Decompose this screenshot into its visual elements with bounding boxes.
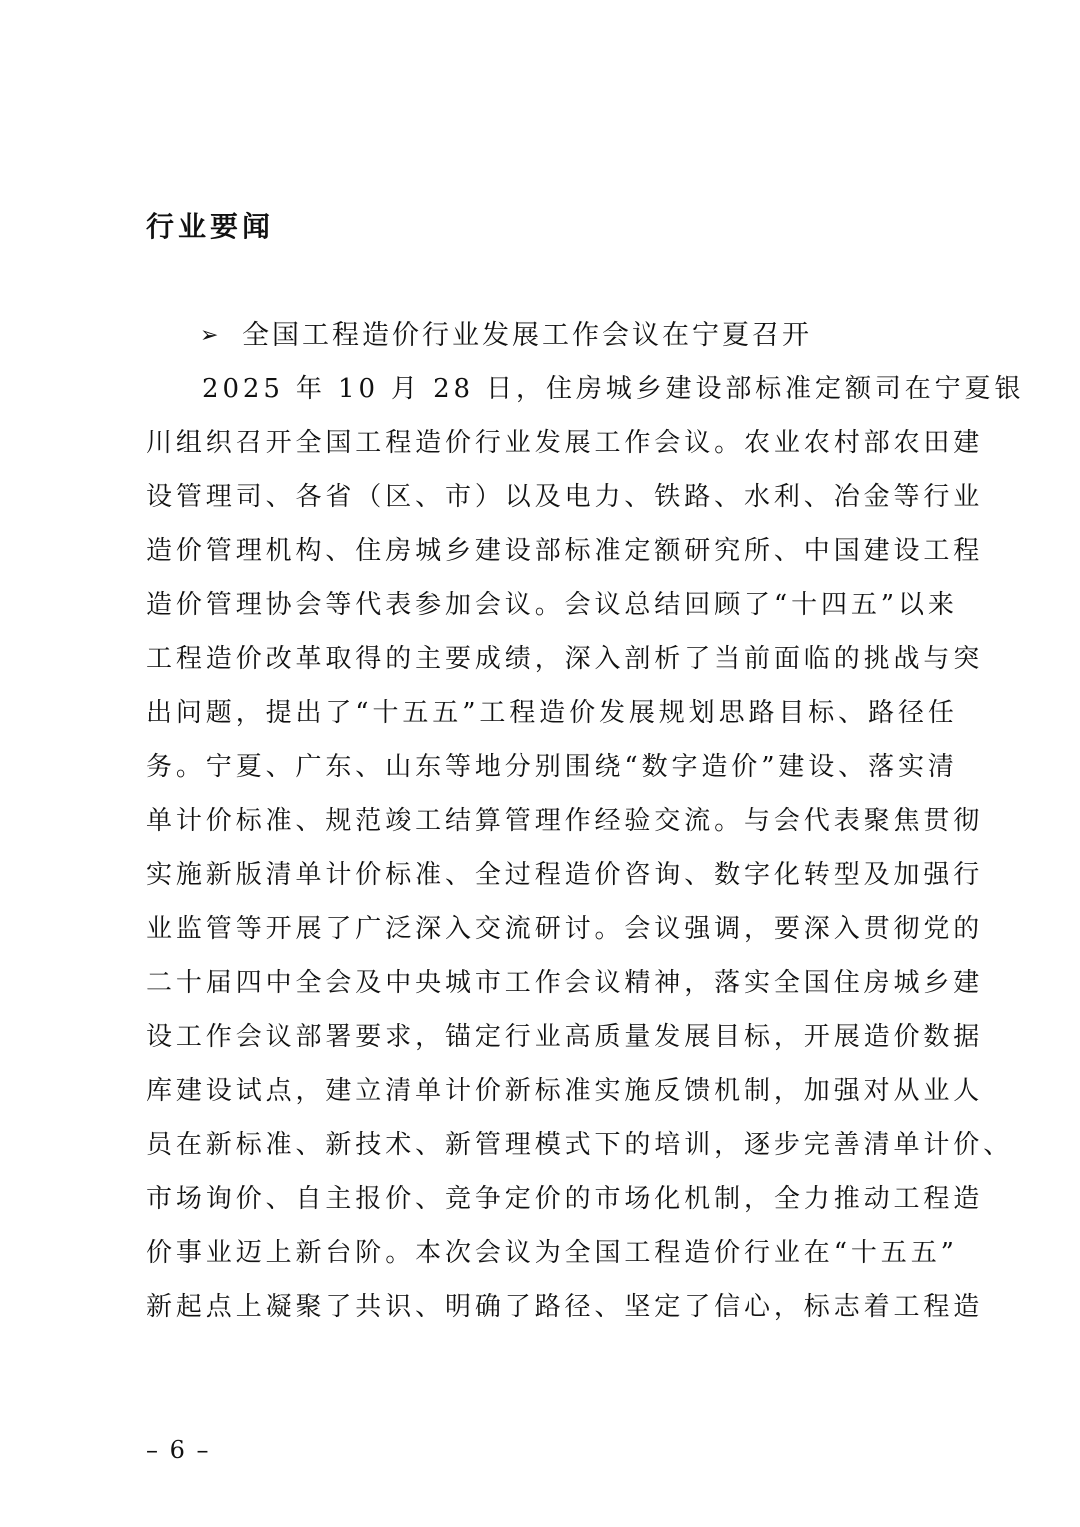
headline-text: 全国工程造价行业发展工作会议在宁夏召开 <box>242 320 812 351</box>
paragraph-line: 设管理司、各省（区、市）以及电力、铁路、水利、冶金等行业 <box>146 475 946 529</box>
arrow-bullet-icon: ➢ <box>200 323 224 348</box>
paragraph-line: 价事业迈上新台阶。本次会议为全国工程造价行业在“十五五” <box>146 1231 946 1285</box>
paragraph-line: 造价管理机构、住房城乡建设部标准定额研究所、中国建设工程 <box>146 529 946 583</box>
paragraph-line: 单计价标准、规范竣工结算管理作经验交流。与会代表聚焦贯彻 <box>146 799 946 853</box>
paragraph-line: 工程造价改革取得的主要成绩，深入剖析了当前面临的挑战与突 <box>146 637 946 691</box>
paragraph-line: 造价管理协会等代表参加会议。会议总结回顾了“十四五”以来 <box>146 583 946 637</box>
article-body: 2025 年 10 月 28 日，住房城乡建设部标准定额司在宁夏银 川组织召开全… <box>146 367 946 1339</box>
article-headline: ➢全国工程造价行业发展工作会议在宁夏召开 <box>200 313 812 352</box>
document-page: 行业要闻 ➢全国工程造价行业发展工作会议在宁夏召开 2025 年 10 月 28… <box>0 0 1080 1527</box>
paragraph-line: 员在新标准、新技术、新管理模式下的培训，逐步完善清单计价、 <box>146 1123 946 1177</box>
paragraph-line: 出问题，提出了“十五五”工程造价发展规划思路目标、路径任 <box>146 691 946 745</box>
paragraph-line: 业监管等开展了广泛深入交流研讨。会议强调，要深入贯彻党的 <box>146 907 946 961</box>
page-number: – 6 – <box>146 1436 211 1464</box>
paragraph-line: 2025 年 10 月 28 日，住房城乡建设部标准定额司在宁夏银 <box>146 367 946 421</box>
paragraph-line: 二十届四中全会及中央城市工作会议精神，落实全国住房城乡建 <box>146 961 946 1015</box>
paragraph-line: 设工作会议部署要求，锚定行业高质量发展目标，开展造价数据 <box>146 1015 946 1069</box>
paragraph-line: 新起点上凝聚了共识、明确了路径、坚定了信心，标志着工程造 <box>146 1285 946 1339</box>
paragraph-line: 务。宁夏、广东、山东等地分别围绕“数字造价”建设、落实清 <box>146 745 946 799</box>
paragraph-line: 库建设试点，建立清单计价新标准实施反馈机制，加强对从业人 <box>146 1069 946 1123</box>
paragraph-line: 川组织召开全国工程造价行业发展工作会议。农业农村部农田建 <box>146 421 946 475</box>
paragraph-line: 实施新版清单计价标准、全过程造价咨询、数字化转型及加强行 <box>146 853 946 907</box>
paragraph-line: 市场询价、自主报价、竞争定价的市场化机制，全力推动工程造 <box>146 1177 946 1231</box>
section-title: 行业要闻 <box>146 205 274 245</box>
